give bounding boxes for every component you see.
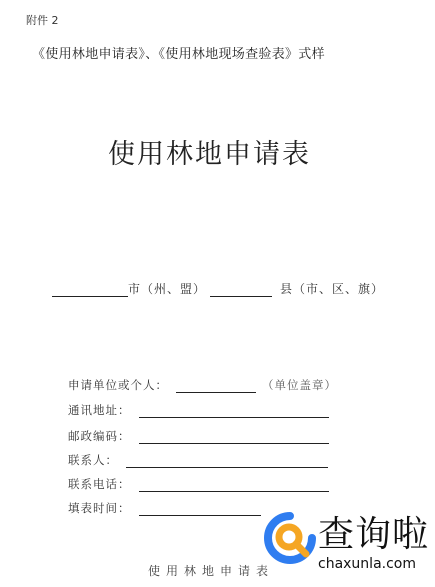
county-label: 县（市、区、旗）	[280, 280, 384, 297]
form-title: 使用林地申请表	[108, 132, 311, 171]
seal-note: （单位盖章）	[262, 377, 337, 393]
city-label: 市（州、盟）	[128, 280, 206, 297]
field-contact: 联系人：	[68, 452, 328, 468]
applicant-blank[interactable]	[176, 380, 256, 393]
attachment-label: 附件 2	[26, 12, 59, 28]
field-label: 联系人：	[68, 452, 118, 468]
field-postcode: 邮政编码：	[68, 428, 329, 444]
field-applicant: 申请单位或个人： （单位盖章）	[68, 377, 337, 393]
watermark-logo: 查询啦 chaxunla.com	[262, 506, 432, 578]
contact-blank[interactable]	[126, 455, 328, 468]
magnifier-logo-icon	[262, 510, 318, 566]
address-blank[interactable]	[139, 405, 329, 418]
watermark-name: 查询啦	[318, 506, 429, 557]
watermark-domain: chaxunla.com	[318, 556, 416, 572]
phone-blank[interactable]	[139, 479, 329, 492]
footer-title: 使用林地申请表	[148, 562, 274, 579]
date-blank[interactable]	[139, 503, 261, 516]
field-date: 填表时间：	[68, 500, 261, 516]
county-blank[interactable]	[210, 282, 272, 297]
field-label: 通讯地址：	[68, 402, 131, 418]
field-phone: 联系电话：	[68, 476, 329, 492]
field-label: 联系电话：	[68, 476, 131, 492]
field-address: 通讯地址：	[68, 402, 329, 418]
field-label: 申请单位或个人：	[68, 377, 168, 393]
city-blank[interactable]	[52, 282, 128, 297]
document-subtitle: 《使用林地申请表》、《使用林地现场查验表》式样	[32, 43, 325, 62]
field-label: 邮政编码：	[68, 428, 131, 444]
field-label: 填表时间：	[68, 500, 131, 516]
region-line: 市（州、盟） 县（市、区、旗）	[52, 280, 384, 297]
postcode-blank[interactable]	[139, 431, 329, 444]
